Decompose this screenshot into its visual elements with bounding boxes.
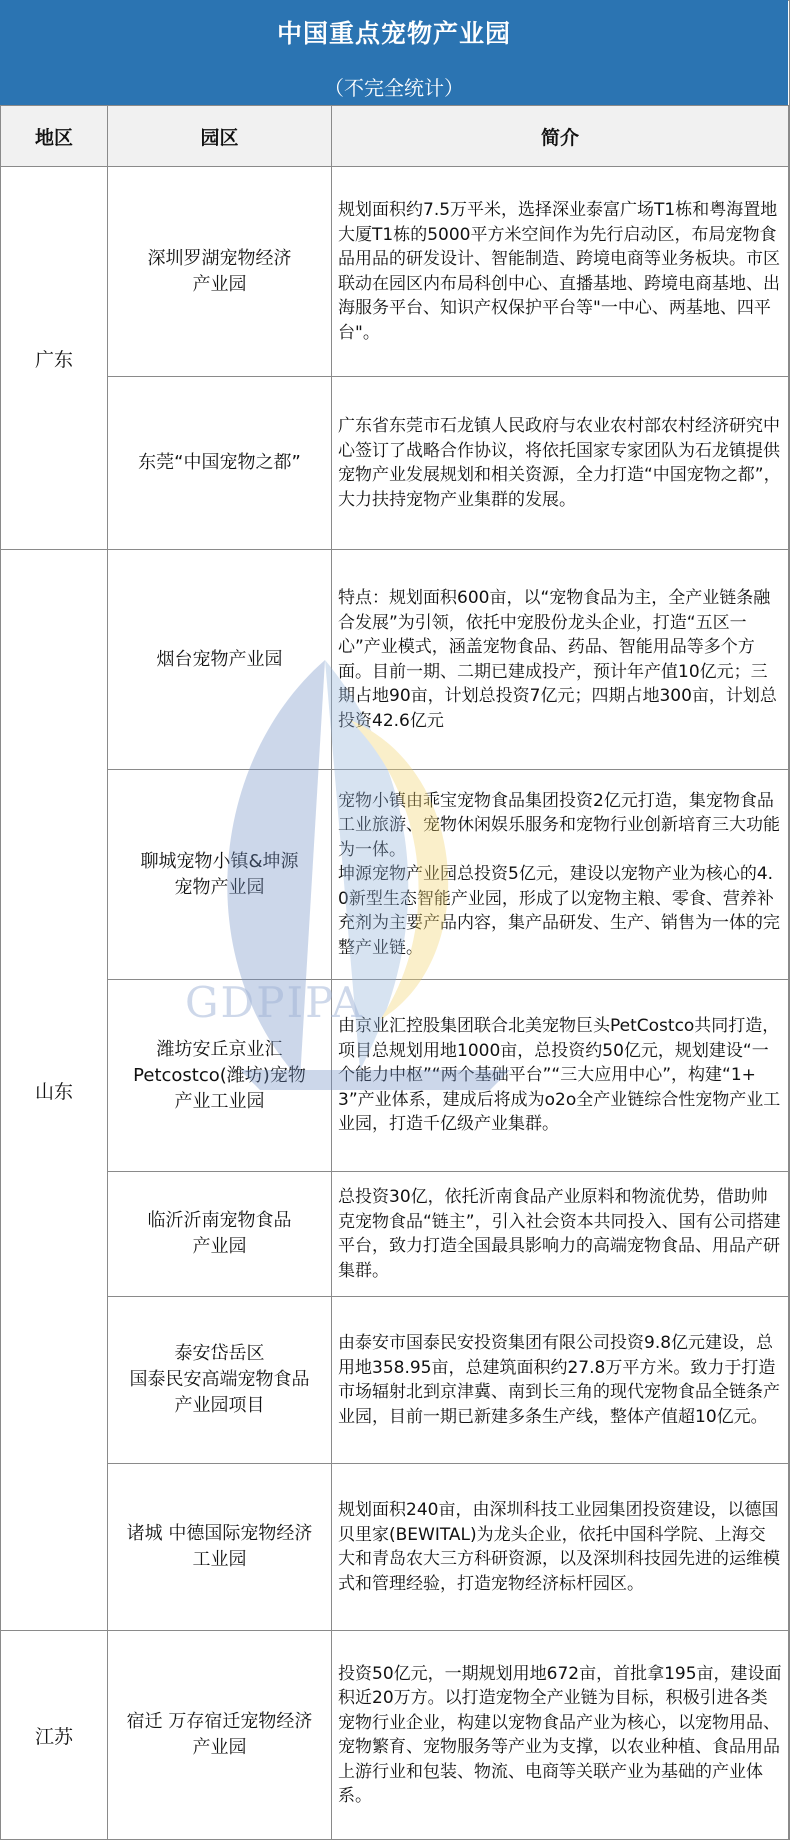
- table-header-row: 地区 园区 简介: [1, 106, 789, 167]
- park-intro-cell: 投资50亿元，一期规划用地672亩，首批拿195亩，建设面积近20万方。以打造宠…: [332, 1631, 789, 1840]
- column-header-intro: 简介: [332, 106, 789, 167]
- column-header-park: 园区: [108, 106, 332, 167]
- park-intro-cell: 由泰安市国泰民安投资集团有限公司投资9.8亿元建设，总用地358.95亩，总建筑…: [332, 1297, 789, 1464]
- table-row: 山东烟台宠物产业园特点：规划面积600亩，以“宠物食品为主，全产业链条融合发展”…: [1, 550, 789, 770]
- table-row: 江苏宿迁 万存宿迁宠物经济 产业园投资50亿元，一期规划用地672亩，首批拿19…: [1, 1631, 789, 1840]
- title-banner: 中国重点宠物产业园 （不完全统计）: [0, 0, 788, 105]
- park-name-cell: 聊城宠物小镇&坤源 宠物产业园: [108, 770, 332, 980]
- table-row: 泰安岱岳区 国泰民安高端宠物食品 产业园项目由泰安市国泰民安投资集团有限公司投资…: [1, 1297, 789, 1464]
- park-name-cell: 烟台宠物产业园: [108, 550, 332, 770]
- park-name-cell: 潍坊安丘京业汇 Petcostco(潍坊)宠物 产业工业园: [108, 980, 332, 1172]
- table-row: 东莞“中国宠物之都”广东省东莞市石龙镇人民政府与农业农村部农村经济研究中心签订了…: [1, 377, 789, 550]
- parks-table: 地区 园区 简介 广东深圳罗湖宠物经济 产业园规划面积约7.5万平米，选择深业泰…: [0, 105, 789, 1840]
- page-title: 中国重点宠物产业园: [0, 14, 788, 50]
- park-intro-cell: 由京业汇控股集团联合北美宠物巨头PetCostco共同打造，项目总规划用地100…: [332, 980, 789, 1172]
- table-row: 聊城宠物小镇&坤源 宠物产业园宠物小镇由乖宝宠物食品集团投资2亿元打造，集宠物食…: [1, 770, 789, 980]
- park-intro-cell: 特点：规划面积600亩，以“宠物食品为主，全产业链条融合发展”为引领，依托中宠股…: [332, 550, 789, 770]
- table-row: 广东深圳罗湖宠物经济 产业园规划面积约7.5万平米，选择深业泰富广场T1栋和粤海…: [1, 167, 789, 377]
- park-intro-cell: 宠物小镇由乖宝宠物食品集团投资2亿元打造，集宠物食品工业旅游、宠物休闲娱乐服务和…: [332, 770, 789, 980]
- table-row: 诸城 中德国际宠物经济 工业园规划面积240亩，由深圳科技工业园集团投资建设，以…: [1, 1464, 789, 1631]
- park-name-cell: 泰安岱岳区 国泰民安高端宠物食品 产业园项目: [108, 1297, 332, 1464]
- table-body: 广东深圳罗湖宠物经济 产业园规划面积约7.5万平米，选择深业泰富广场T1栋和粤海…: [1, 167, 789, 1840]
- region-cell: 山东: [1, 550, 108, 1631]
- park-intro-cell: 规划面积240亩，由深圳科技工业园集团投资建设，以德国贝里家(BEWITAL)为…: [332, 1464, 789, 1631]
- park-intro-cell: 总投资30亿，依托沂南食品产业原料和物流优势，借助帅克宠物食品“链主”，引入社会…: [332, 1172, 789, 1297]
- park-name-cell: 诸城 中德国际宠物经济 工业园: [108, 1464, 332, 1631]
- park-intro-cell: 广东省东莞市石龙镇人民政府与农业农村部农村经济研究中心签订了战略合作协议，将依托…: [332, 377, 789, 550]
- park-intro-cell: 规划面积约7.5万平米，选择深业泰富广场T1栋和粤海置地大厦T1栋的5000平方…: [332, 167, 789, 377]
- table-row: 潍坊安丘京业汇 Petcostco(潍坊)宠物 产业工业园由京业汇控股集团联合北…: [1, 980, 789, 1172]
- park-name-cell: 东莞“中国宠物之都”: [108, 377, 332, 550]
- page-subtitle: （不完全统计）: [0, 72, 788, 101]
- table-row: 临沂沂南宠物食品 产业园总投资30亿，依托沂南食品产业原料和物流优势，借助帅克宠…: [1, 1172, 789, 1297]
- park-name-cell: 临沂沂南宠物食品 产业园: [108, 1172, 332, 1297]
- region-cell: 江苏: [1, 1631, 108, 1840]
- region-cell: 广东: [1, 167, 108, 550]
- park-name-cell: 深圳罗湖宠物经济 产业园: [108, 167, 332, 377]
- park-name-cell: 宿迁 万存宿迁宠物经济 产业园: [108, 1631, 332, 1840]
- column-header-region: 地区: [1, 106, 108, 167]
